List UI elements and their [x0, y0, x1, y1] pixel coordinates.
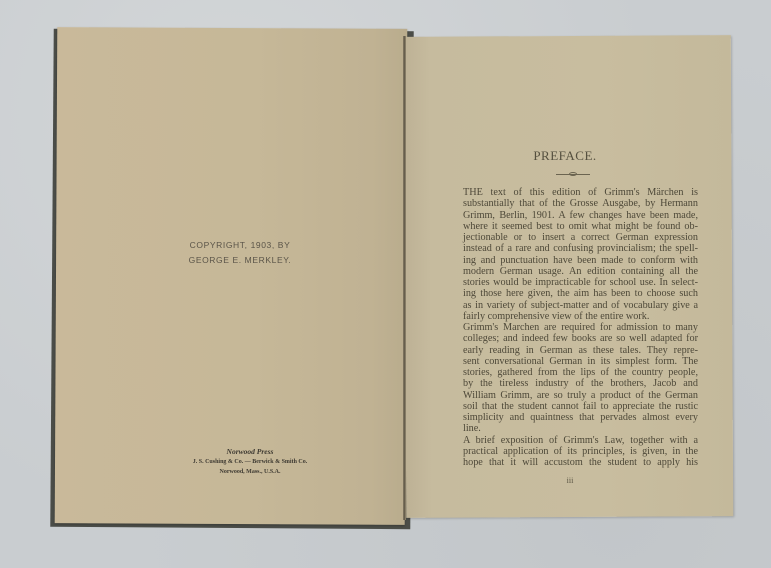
text-line: THE text of this edition of Grimm's Märc…	[452, 187, 698, 198]
text-line: ing those here given, the aim has been t…	[452, 288, 698, 299]
text-line: instead of a rare and confusing provinci…	[452, 243, 698, 254]
text-line: modern German usage. An edition containi…	[452, 266, 698, 277]
imprint-location: Norwood, Mass., U.S.A.	[150, 467, 350, 477]
text-line: simplicity and quaintness that pervades …	[452, 412, 698, 423]
text-line: William Grimm, are so truly a product of…	[452, 390, 698, 401]
text-line: Grimm's Marchen are required for admissi…	[452, 322, 698, 333]
text-line: line.	[452, 423, 698, 434]
text-line: sent conversational German in its simple…	[452, 356, 698, 367]
text-line: fairly comprehensive view of the entire …	[452, 311, 698, 322]
text-line: jectionable or to insert a correct Germa…	[452, 232, 698, 243]
paragraph-2: Grimm's Marchen are required for admissi…	[452, 322, 698, 435]
page-title: PREFACE.	[420, 148, 710, 164]
ornament-rule-icon	[556, 174, 590, 175]
open-book: COPYRIGHT, 1903, BY GEORGE E. MERKLEY. N…	[0, 0, 771, 568]
text-line: stories would be impracticable for schoo…	[452, 277, 698, 288]
text-line: early reading in German as these tales. …	[452, 345, 698, 356]
imprint-press: Norwood Press	[150, 447, 350, 457]
copyright-line: COPYRIGHT, 1903, BY	[150, 238, 330, 253]
paragraph-3: A brief exposition of Grimm's Law, toget…	[452, 435, 698, 469]
printer-imprint: Norwood Press J. S. Cushing & Co. — Berw…	[150, 447, 350, 477]
paragraph-1: THE text of this edition of Grimm's Märc…	[452, 187, 698, 322]
text-line: substantially that of the Grosse Ausgabe…	[452, 198, 698, 209]
copyright-notice: COPYRIGHT, 1903, BY GEORGE E. MERKLEY.	[150, 238, 330, 268]
text-line: stories, gathered from the lips of the c…	[452, 367, 698, 378]
preface-body: THE text of this edition of Grimm's Märc…	[452, 187, 698, 468]
text-line: colleges; and indeed few books are so we…	[452, 333, 698, 344]
book-gutter	[403, 36, 406, 520]
text-line: as in variety of subject-matter and of v…	[452, 300, 698, 311]
text-line: A brief exposition of Grimm's Law, toget…	[452, 435, 698, 446]
text-line: soil that the student cannot fail to app…	[452, 401, 698, 412]
text-line: Grimm, Berlin, 1901. A few changes have …	[452, 210, 698, 221]
text-line: practical application of its principles,…	[452, 446, 698, 457]
text-line: hope that it will accustom the student t…	[452, 457, 698, 468]
copyright-holder: GEORGE E. MERKLEY.	[150, 253, 330, 268]
imprint-printers: J. S. Cushing & Co. — Berwick & Smith Co…	[150, 457, 350, 467]
text-line: ing and punctuation have been made to co…	[452, 255, 698, 266]
text-line: by the tireless industry of the brothers…	[452, 378, 698, 389]
page-number: iii	[560, 476, 580, 485]
text-line: where it seemed best to omit what might …	[452, 221, 698, 232]
